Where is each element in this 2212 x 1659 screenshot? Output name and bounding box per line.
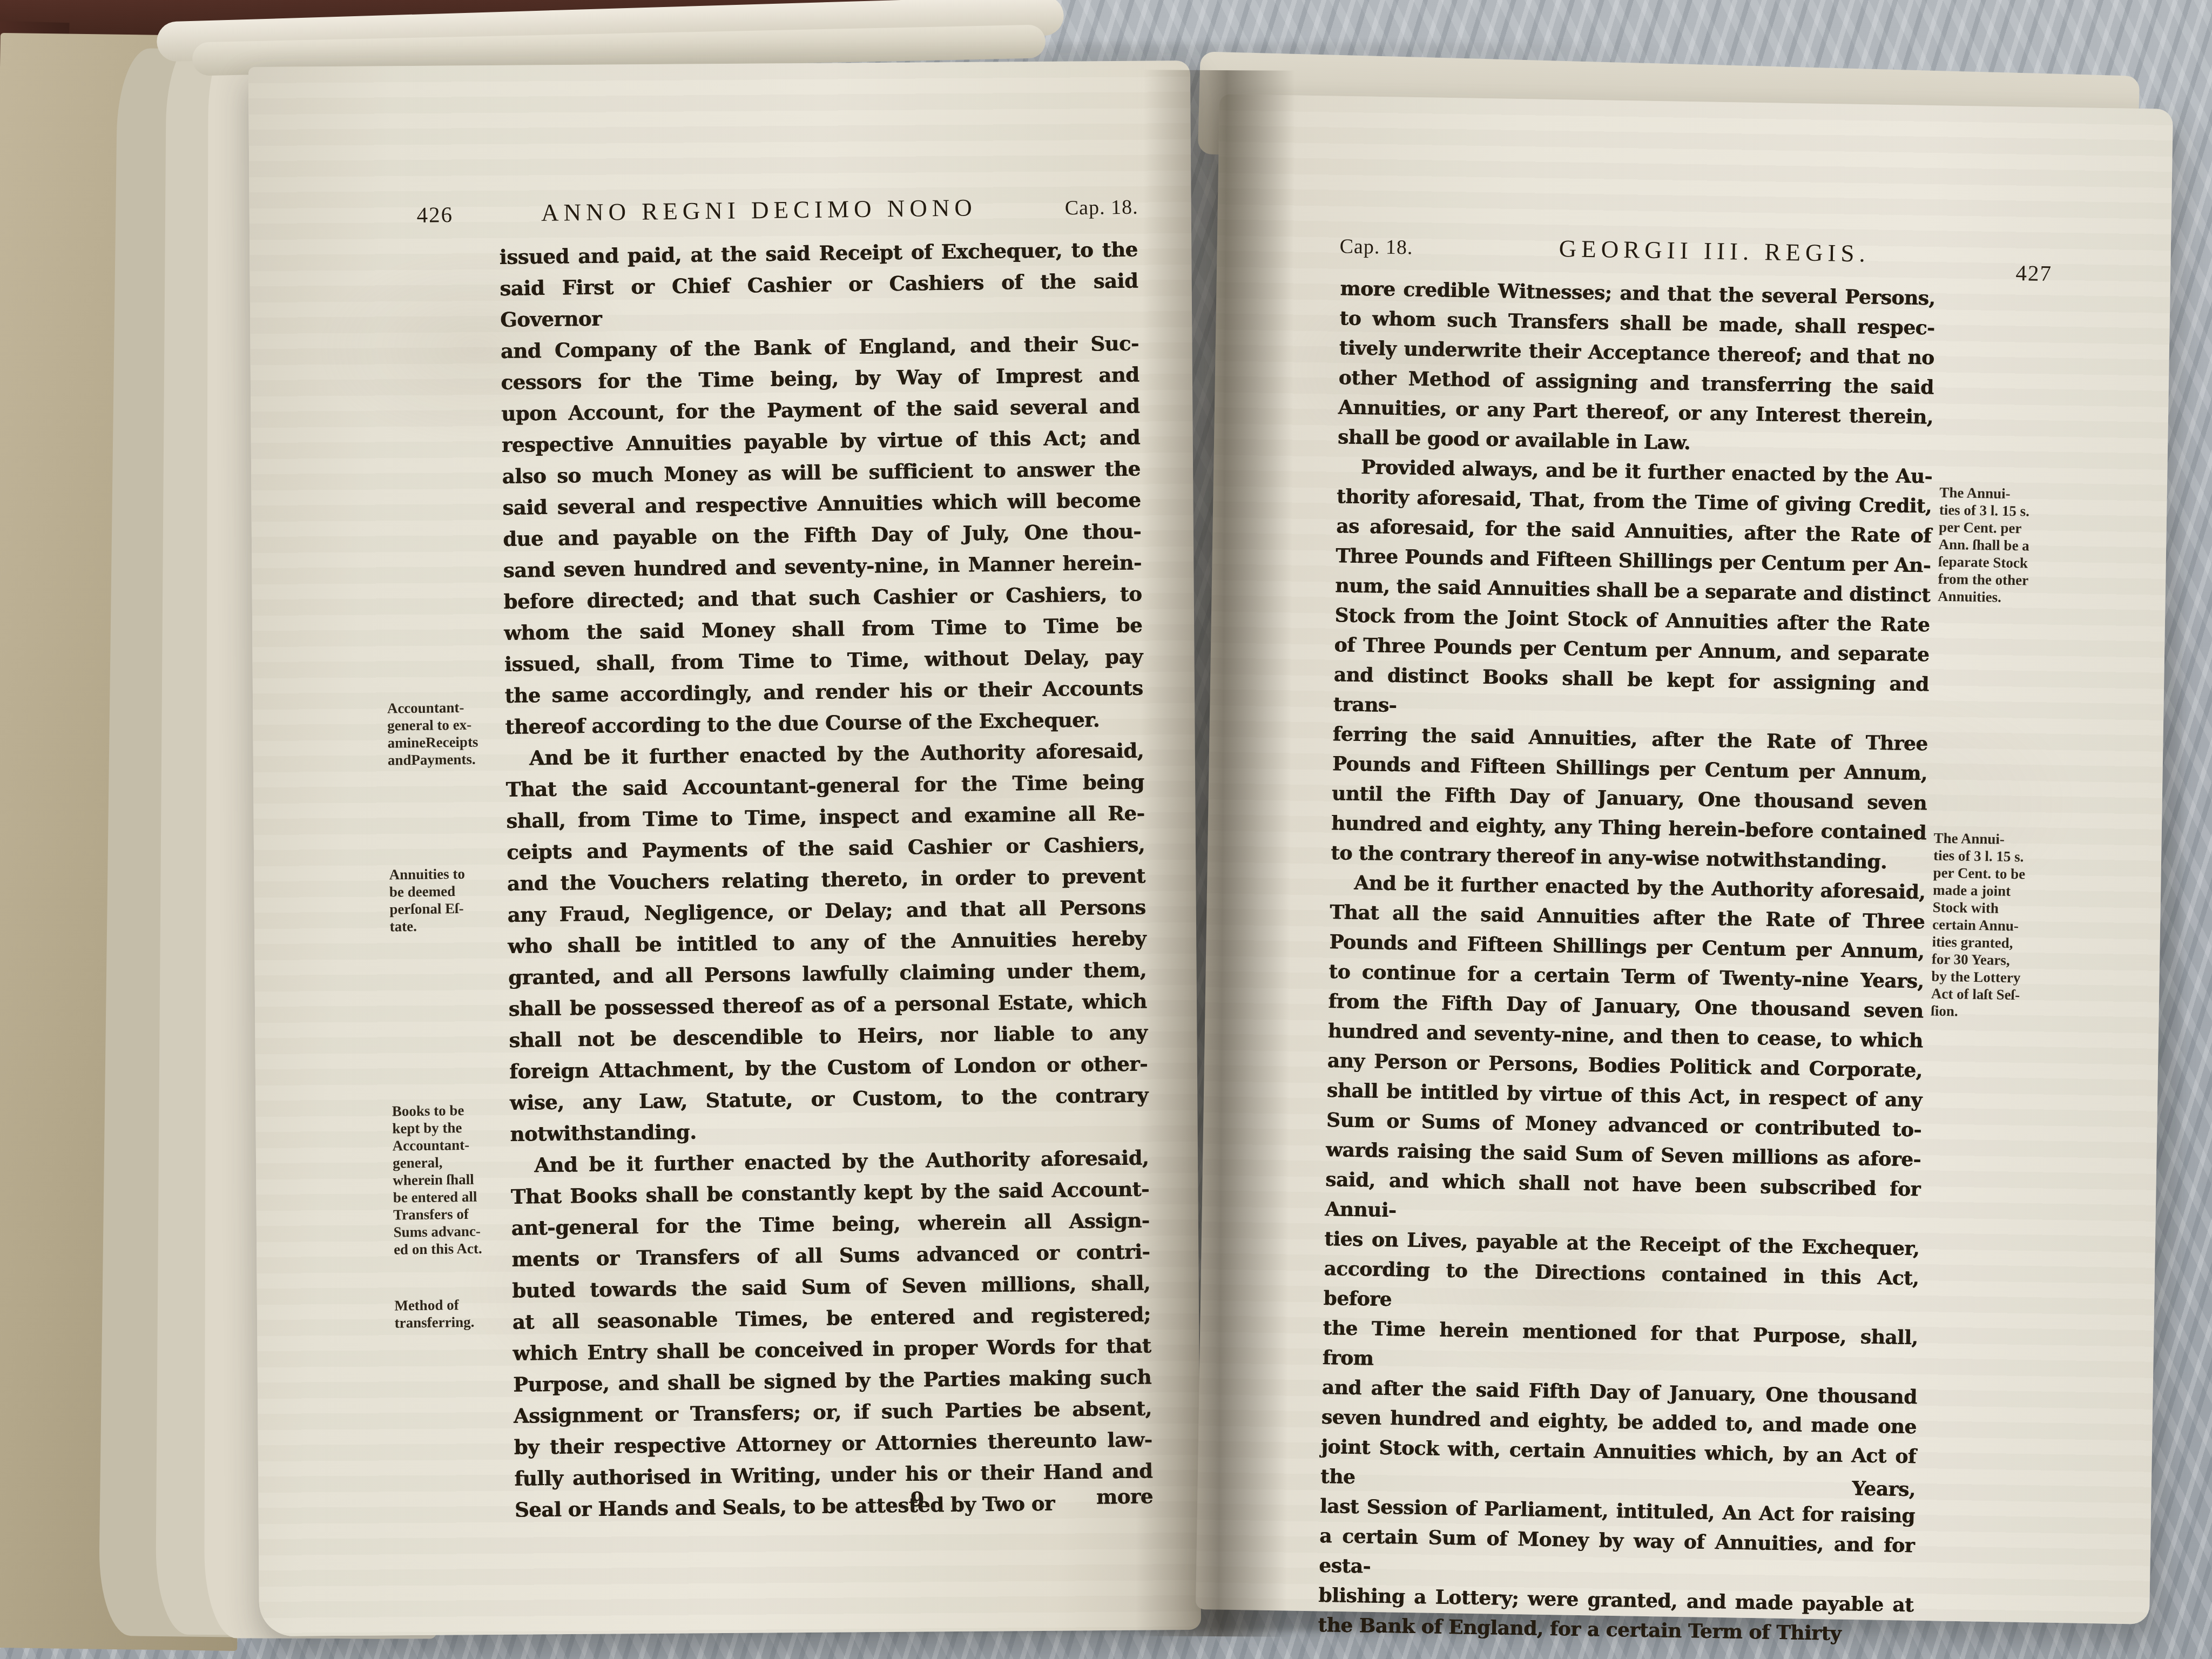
body-paragraph: And be it further enacted by the Authori… <box>510 1142 1153 1525</box>
margin-note: Method oftransferring. <box>394 1296 514 1332</box>
margin-note: Annuities tobe deemedperſonal Eſ-tate. <box>389 865 509 935</box>
left-running-title: ANNO REGNI DECIMO NONO <box>541 193 977 227</box>
catchword: more <box>1096 1484 1153 1508</box>
margin-note: Accountant-general to ex-amineReceiptsan… <box>387 698 507 769</box>
right-running-title: GEORGII III. REGIS. <box>1559 234 1870 268</box>
left-page-content: 426 ANNO REGNI DECIMO NONO Cap. 18. issu… <box>244 58 1205 1638</box>
right-chapter-label: Cap. 18. <box>1339 234 1413 259</box>
left-page: 426 ANNO REGNI DECIMO NONO Cap. 18. issu… <box>248 60 1201 1636</box>
left-text-column: issued and paid, at the said Receipt of … <box>499 234 1153 1526</box>
body-paragraph: issued and paid, at the said Receipt of … <box>499 234 1143 743</box>
left-chapter-label: Cap. 18. <box>1065 195 1138 220</box>
margin-note: The Annui-ties of 3 l. 15 s.per Cent. to… <box>1931 829 2053 1022</box>
right-page-content: Cap. 18. GEORGII III. REGIS. 427 more cr… <box>1195 94 2174 1625</box>
signature-mark: 9 <box>910 1487 924 1511</box>
left-page-number: 426 <box>416 201 453 228</box>
catchword: Years, <box>1852 1477 1916 1501</box>
right-text-column: more credible Witnesses; and that the se… <box>1318 274 1935 1650</box>
body-paragraph: more credible Witnesses; and that the se… <box>1337 274 1935 462</box>
book-photo-scene: 426 ANNO REGNI DECIMO NONO Cap. 18. issu… <box>0 0 2212 1659</box>
left-page-header: 426 ANNO REGNI DECIMO NONO Cap. 18. <box>416 192 1138 228</box>
body-paragraph: And be it further enacted by the Authori… <box>1318 868 1926 1650</box>
right-page: Cap. 18. GEORGII III. REGIS. 427 more cr… <box>1196 94 2173 1624</box>
body-paragraph: Provided always, and be it further enact… <box>1331 452 1933 878</box>
right-page-number: 427 <box>2015 260 2052 286</box>
margin-note: Books to bekept by theAccountant-general… <box>392 1101 513 1258</box>
body-paragraph: And be it further enacted by the Authori… <box>505 735 1149 1150</box>
right-page-header: Cap. 18. GEORGII III. REGIS. 427 <box>1339 231 2053 271</box>
margin-note: The Annui-ties of 3 l. 15 s.per Cent. pe… <box>1938 484 2059 607</box>
